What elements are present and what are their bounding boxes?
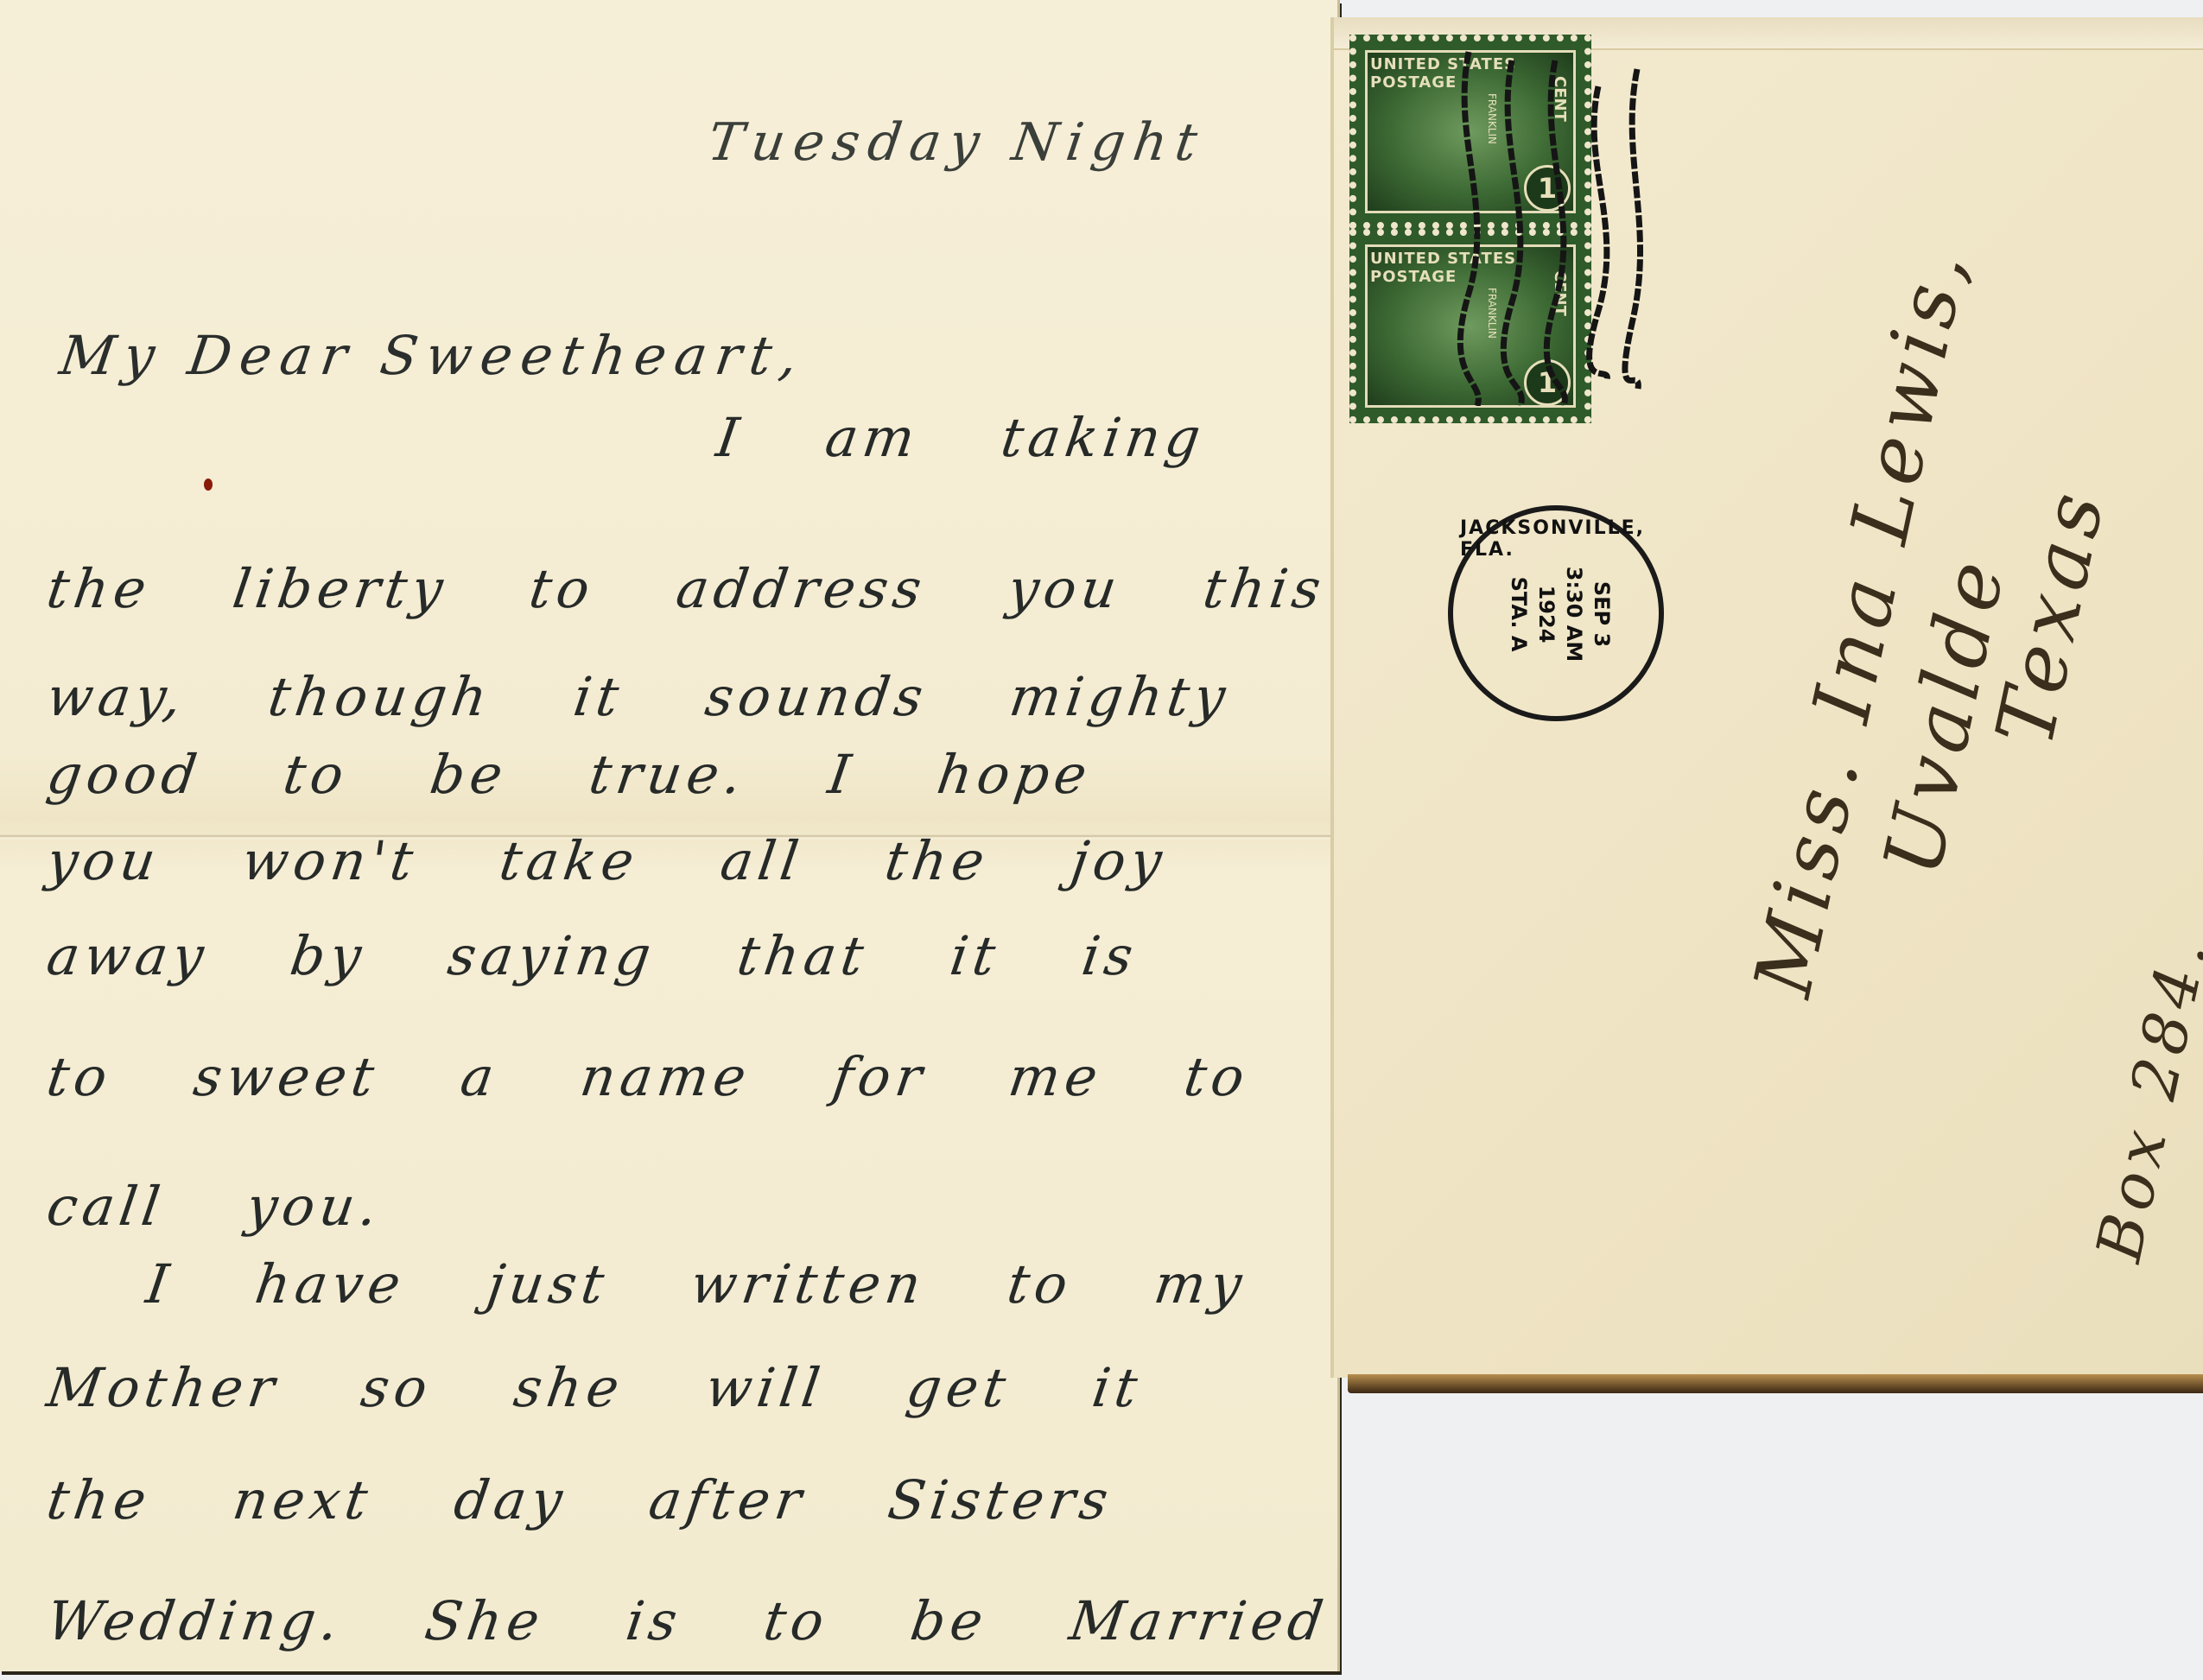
postmark-date-block: SEP 3 3:30 AM 1924 STA. A	[1503, 532, 1616, 696]
letter-line: good to be true. I hope	[43, 743, 1095, 806]
letter-line: I am taking	[713, 406, 1209, 469]
letter-line: Wedding. She is to be Married	[43, 1589, 1332, 1652]
postmark-station: STA. A	[1505, 532, 1533, 696]
postmark: JACKSONVILLE, FLA. SEP 3 3:30 AM 1924 ST…	[1448, 505, 1664, 721]
letter-line: call you.	[43, 1175, 386, 1238]
letter-salutation: My Dear Sweetheart,	[56, 324, 810, 387]
letter-line: the next day after Sisters	[43, 1468, 1117, 1531]
letter-date: Tuesday Night	[704, 112, 1209, 173]
cancellation-lines-icon	[1434, 35, 1659, 406]
letter-line: way, though it sounds mighty	[43, 665, 1235, 728]
letter-line: I have just written to my	[143, 1252, 1251, 1315]
postmark-time: 3:30 AM	[1560, 532, 1588, 696]
letter-line: away by saying that it is	[43, 924, 1142, 987]
letter-line: the liberty to address you this	[43, 557, 1330, 620]
envelope-bottom-edge	[1348, 1374, 2203, 1393]
ink-blot	[204, 479, 213, 491]
postmark-year: 1924	[1533, 532, 1560, 696]
postmark-date: SEP 3	[1588, 532, 1616, 696]
letter-line: to sweet a name for me to	[43, 1045, 1254, 1108]
letter-line: you won't take all the joy	[43, 829, 1171, 892]
letter-line: Mother so she will get it	[43, 1356, 1146, 1419]
letter-page: Tuesday Night My Dear Sweetheart, I am t…	[0, 0, 1340, 1671]
